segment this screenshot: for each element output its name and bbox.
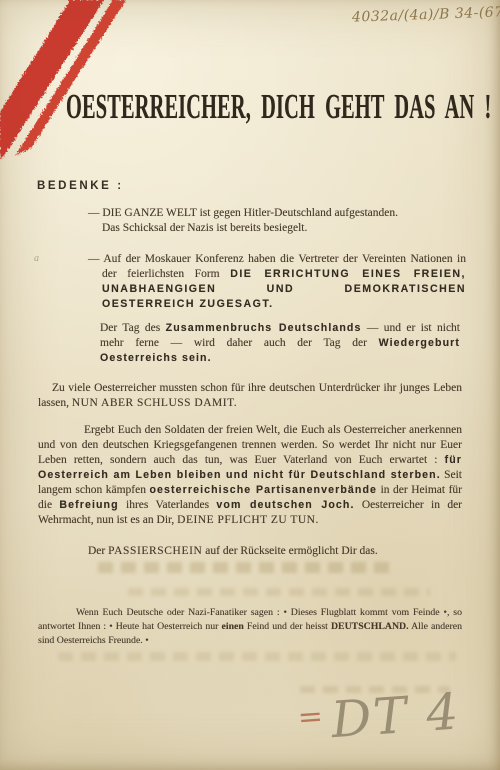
text-run: ihres Vaterlandes: [119, 499, 217, 511]
text-run-bold: oesterreichische Partisanenverbände: [149, 484, 377, 496]
text-run-caps: NUN ABER SCHLUSS DAMIT.: [72, 397, 237, 409]
dt4-mark: DT 4: [329, 682, 462, 749]
text-run-bold: vom deutschen Joch.: [216, 499, 354, 511]
text-run: Der: [88, 545, 108, 557]
text-run: Ergebt Euch den Soldaten der freien Welt…: [38, 424, 462, 466]
text-run: auf der Rückseite ermöglicht Dir das.: [202, 545, 377, 557]
bedenke-heading: BEDENKE :: [37, 180, 124, 192]
bullet-moscow-conference: — Auf der Moskauer Konferenz haben die V…: [88, 252, 466, 312]
bullet1-rest: ist gegen Hitler-Deutschland aufgestande…: [197, 207, 398, 219]
text-run-caps: PASSIERSCHEIN: [108, 545, 202, 557]
text-run: Der Tag des: [100, 322, 166, 334]
paragraph-zuviele: Zu viele Oesterreicher mussten schon für…: [38, 381, 462, 411]
bullet1-line2: Das Schicksal der Nazis ist bereits besi…: [102, 221, 307, 236]
paragraph-ergebt: Ergebt Euch den Soldaten der freien Welt…: [38, 423, 462, 528]
text-run-bold: Zusammenbruchs Deutschlands: [166, 322, 362, 334]
bleedthrough-line: [98, 562, 394, 573]
equals-mark: =: [297, 699, 323, 736]
text-run-bold: DEUTSCHLAND.: [331, 621, 409, 632]
text-run-bold: Befreiung: [59, 499, 118, 511]
pencil-classification-mark: =DT 4: [296, 682, 462, 751]
bullet1-caps: DIE GANZE WELT: [102, 207, 196, 219]
bullet-world-risen: — DIE GANZE WELT ist gegen Hitler-Deutsc…: [88, 206, 460, 236]
text-run-bold: einen: [222, 621, 244, 632]
bleedthrough-line: [58, 652, 456, 661]
archival-number-annotation: 4032a/(4a)/B 34-(67 4): [352, 4, 500, 25]
margin-pencil-mark: a: [34, 253, 39, 264]
paragraph-zusammenbruch: Der Tag des Zusammenbruchs Deutschlands …: [100, 321, 460, 366]
text-run-caps: DEINE PFLICHT ZU TUN.: [177, 514, 319, 526]
bullet-dash: —: [88, 207, 100, 219]
bleedthrough-line: [128, 588, 430, 596]
paragraph-passierschein: Der PASSIERSCHEIN auf der Rückseite ermö…: [88, 544, 462, 559]
leaflet-page: 4032a/(4a)/B 34-(67 4) OESTERREICHER, DI…: [0, 0, 500, 770]
leaflet-title: OESTERREICHER, DICH GEHT DAS AN !: [66, 89, 491, 124]
footer-warning: Wenn Euch Deutsche oder Nazi-Fanatiker s…: [38, 606, 462, 648]
bullet-dash: —: [88, 253, 100, 265]
text-run: Feind und der heisst: [244, 621, 331, 632]
